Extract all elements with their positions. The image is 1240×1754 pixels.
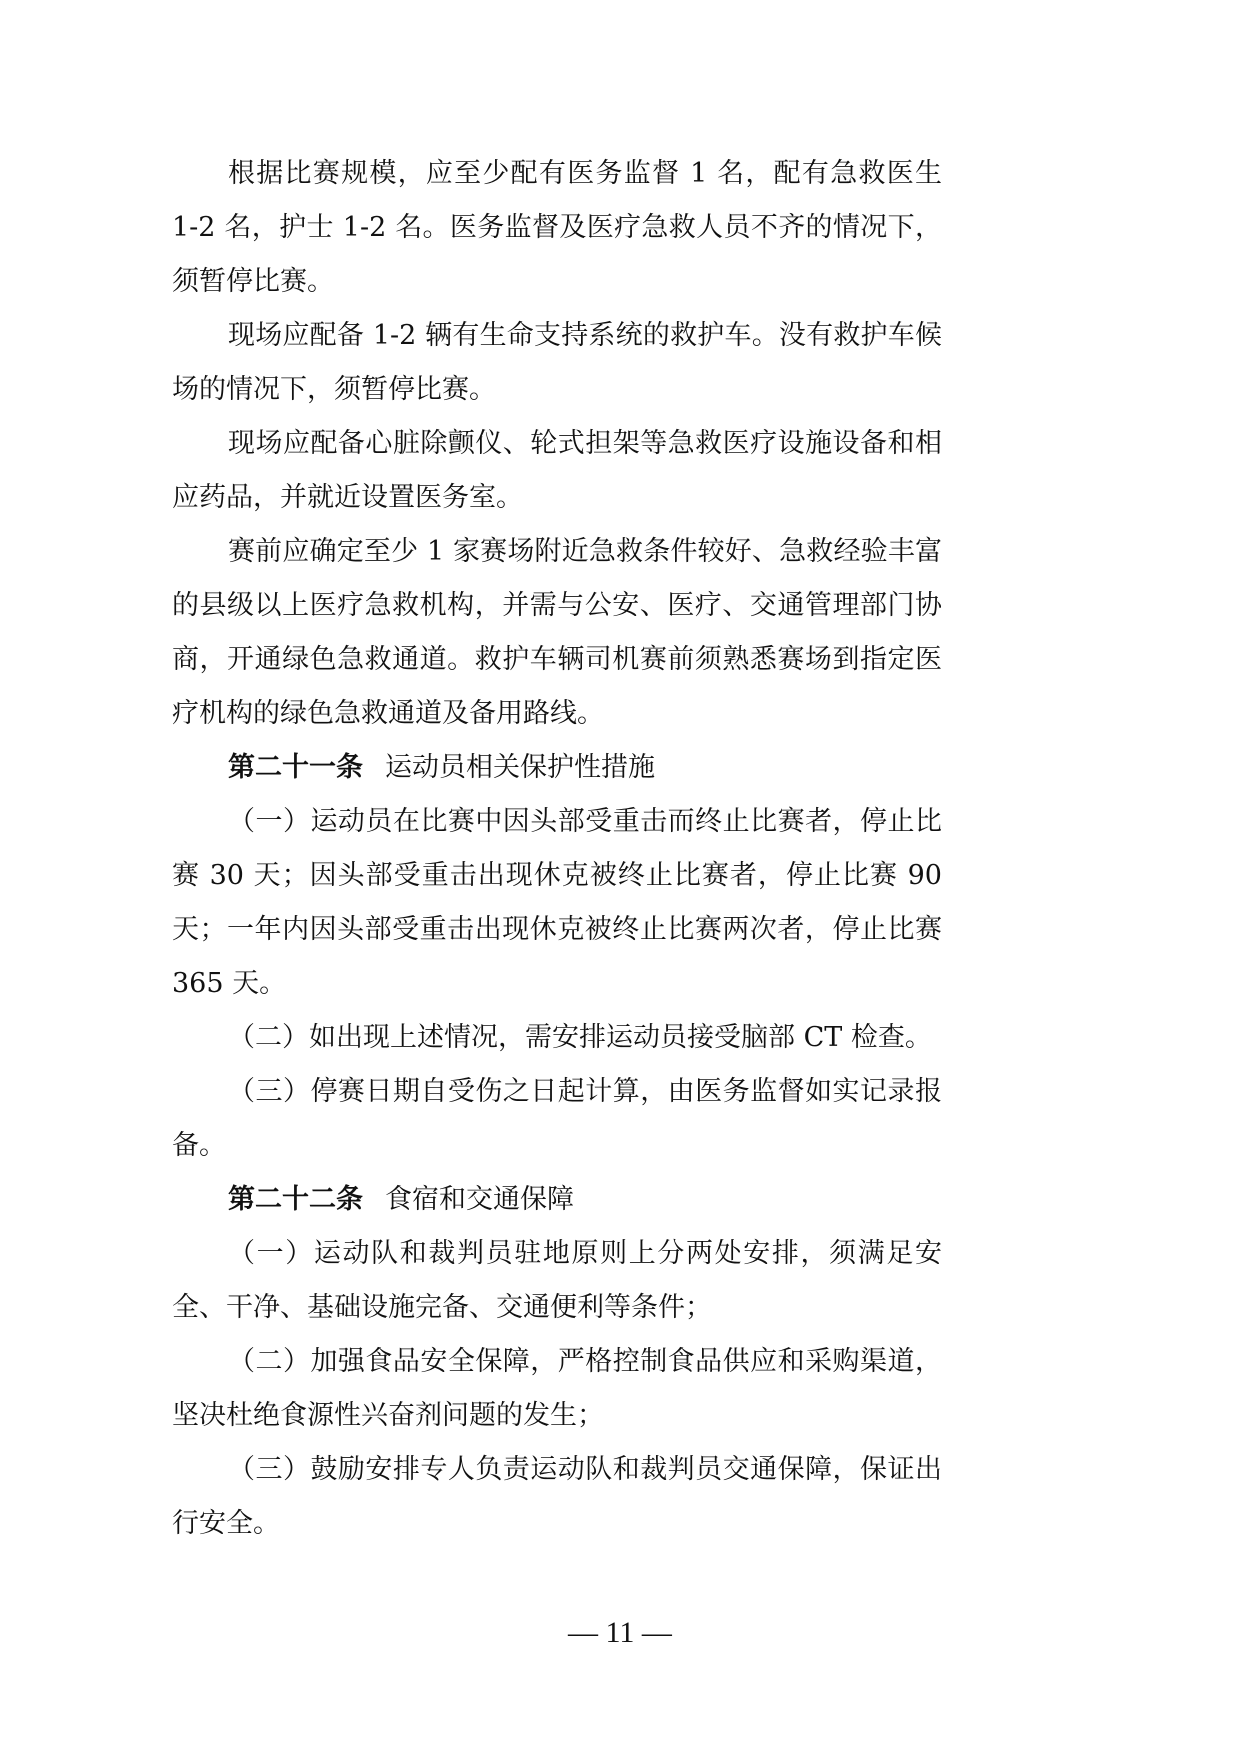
- paragraph-ambulance: 现场应配备 1-2 辆有生命支持系统的救护车。没有救护车候场的情况下，须暂停比赛…: [172, 309, 942, 417]
- article-number: 第二十一条: [228, 752, 363, 783]
- page-number: — 11 —: [0, 1616, 1240, 1650]
- article-item: （一）运动员在比赛中因头部受重击而终止比赛者，停止比赛 30 天；因头部受重击出…: [172, 795, 942, 1011]
- article-item: （一）运动队和裁判员驻地原则上分两处安排，须满足安全、干净、基础设施完备、交通便…: [172, 1227, 942, 1335]
- article-item: （二）加强食品安全保障，严格控制食品供应和采购渠道，坚决杜绝食源性兴奋剂问题的发…: [172, 1335, 942, 1443]
- article-item: （三）停赛日期自受伤之日起计算，由医务监督如实记录报备。: [172, 1065, 942, 1173]
- document-body: 根据比赛规模，应至少配有医务监督 1 名，配有急救医生 1-2 名，护士 1-2…: [172, 147, 942, 1551]
- paragraph-equipment: 现场应配备心脏除颤仪、轮式担架等急救医疗设施设备和相应药品，并就近设置医务室。: [172, 417, 942, 525]
- article-22: 第二十二条食宿和交通保障 （一）运动队和裁判员驻地原则上分两处安排，须满足安全、…: [172, 1173, 942, 1551]
- article-number: 第二十二条: [228, 1184, 363, 1215]
- article-heading: 第二十一条运动员相关保护性措施: [172, 741, 942, 795]
- article-item: （三）鼓励安排专人负责运动队和裁判员交通保障，保证出行安全。: [172, 1443, 942, 1551]
- paragraph-medical-staff: 根据比赛规模，应至少配有医务监督 1 名，配有急救医生 1-2 名，护士 1-2…: [172, 147, 942, 309]
- article-21: 第二十一条运动员相关保护性措施 （一）运动员在比赛中因头部受重击而终止比赛者，停…: [172, 741, 942, 1173]
- article-item: （二）如出现上述情况，需安排运动员接受脑部 CT 检查。: [172, 1011, 942, 1065]
- article-heading: 第二十二条食宿和交通保障: [172, 1173, 942, 1227]
- article-title: 食宿和交通保障: [385, 1184, 574, 1215]
- article-title: 运动员相关保护性措施: [385, 752, 655, 783]
- paragraph-hospital: 赛前应确定至少 1 家赛场附近急救条件较好、急救经验丰富的县级以上医疗急救机构，…: [172, 525, 942, 741]
